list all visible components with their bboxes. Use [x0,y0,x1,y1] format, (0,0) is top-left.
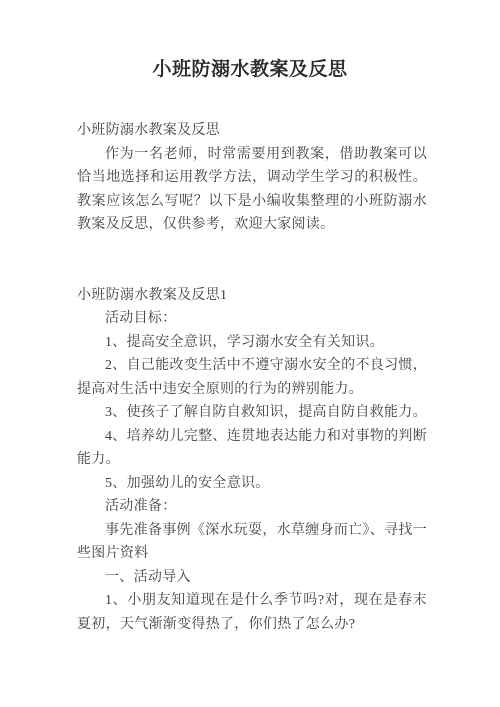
paragraph-intro-question: 1、小朋友知道现在是什么季节吗?对，现在是春末夏初，天气渐渐变得热了，你们热了怎… [77,589,427,636]
section-heading: 小班防溺水教案及反思1 [77,284,427,308]
intro-paragraph: 作为一名老师，时常需要用到教案，借助教案可以恰当地选择和运用教学方法，调动学生学… [77,143,427,237]
paragraph-goal-3: 3、使孩子了解自防自救知识，提高自防自救能力。 [77,401,427,425]
document-title: 小班防溺水教案及反思 [0,0,500,83]
paragraph-activity-intro-heading: 一、活动导入 [77,566,427,590]
paragraph-goal-5: 5、加强幼儿的安全意识。 [77,472,427,496]
document-page: 小班防溺水教案及反思 小班防溺水教案及反思 作为一名老师，时常需要用到教案，借助… [0,0,500,707]
paragraph-goal-2: 2、自己能改变生活中不遵守溺水安全的不良习惯，提高对生活中违安全原则的行为的辨别… [77,354,427,401]
paragraph-activity-goals-heading: 活动目标： [77,307,427,331]
paragraph-goal-1: 1、提高安全意识，学习溺水安全有关知识。 [77,331,427,355]
article-heading: 小班防溺水教案及反思 [77,119,427,143]
document-body: 小班防溺水教案及反思 作为一名老师，时常需要用到教案，借助教案可以恰当地选择和运… [77,119,427,636]
paragraph-activity-prep-heading: 活动准备： [77,495,427,519]
paragraph-goal-4: 4、培养幼儿完整、连贯地表达能力和对事物的判断能力。 [77,425,427,472]
paragraph-prep-materials: 事先准备事例《深水玩耍，水草缠身而亡》、寻找一些图片资料 [77,519,427,566]
